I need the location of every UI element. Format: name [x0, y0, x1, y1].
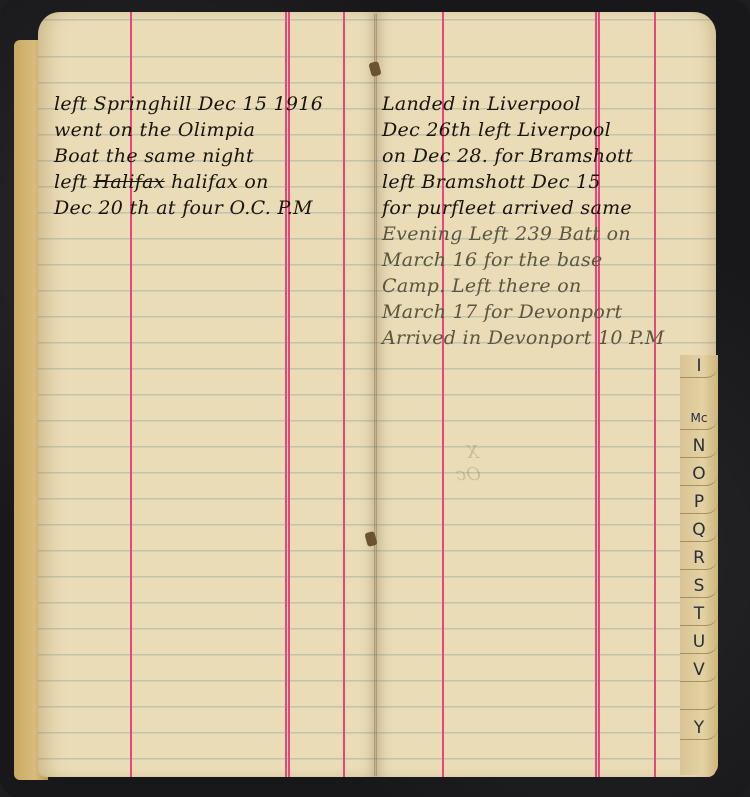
index-tab-o[interactable]: O	[680, 463, 718, 486]
index-tab-y[interactable]: Y	[680, 717, 718, 740]
left-page: left Springhill Dec 15 1916 went on the …	[38, 12, 376, 777]
index-tab-blank[interactable]	[680, 687, 718, 710]
handwritten-word: left	[54, 171, 94, 193]
index-tab-mc[interactable]: Mc	[680, 407, 718, 430]
index-tab-s[interactable]: S	[680, 575, 718, 598]
index-tab-r[interactable]: R	[680, 547, 718, 570]
index-tabs: I Mc N O P Q R S T U V Y	[680, 355, 718, 775]
crossed-out-word: Halifax	[94, 171, 165, 193]
index-tab-v[interactable]: V	[680, 659, 718, 682]
handwritten-line: Evening Left 239 Batt on	[382, 221, 665, 247]
handwritten-line: Camp. Left there on	[382, 273, 665, 299]
index-tab-n[interactable]: N	[680, 435, 718, 458]
index-tab-p[interactable]: P	[680, 491, 718, 514]
book-spine	[374, 14, 377, 776]
index-tab-q[interactable]: Q	[680, 519, 718, 542]
handwritten-line: left Springhill Dec 15 1916	[54, 91, 323, 117]
handwritten-line: March 16 for the base	[382, 247, 665, 273]
index-tab-u[interactable]: U	[680, 631, 718, 654]
margin-rule	[343, 12, 345, 777]
right-page-text-faded: Evening Left 239 Batt on March 16 for th…	[382, 221, 665, 351]
handwritten-line: Dec 20 th at four O.C. P.M	[54, 195, 323, 221]
handwritten-line: went on the Olimpia	[54, 117, 323, 143]
handwritten-line: Arrived in Devonport 10 P.M	[382, 325, 665, 351]
right-page: X Oc Landed in Liverpool Dec 26th left L…	[376, 12, 716, 777]
index-tab-t[interactable]: T	[680, 603, 718, 626]
bleed-through-text: X	[466, 442, 479, 463]
left-page-text: left Springhill Dec 15 1916 went on the …	[54, 91, 323, 221]
handwritten-word: halifax on	[165, 171, 269, 193]
handwritten-line: Landed in Liverpool	[382, 91, 633, 117]
handwritten-line: on Dec 28. for Bramshott	[382, 143, 633, 169]
handwritten-line: left Bramshott Dec 15	[382, 169, 633, 195]
handwritten-line: Boat the same night	[54, 143, 323, 169]
handwritten-line: March 17 for Devonport	[382, 299, 665, 325]
right-page-text-dark: Landed in Liverpool Dec 26th left Liverp…	[382, 91, 633, 221]
handwritten-line: left Halifax halifax on	[54, 169, 323, 195]
handwritten-line: Dec 26th left Liverpool	[382, 117, 633, 143]
handwritten-line: for purfleet arrived same	[382, 195, 633, 221]
bleed-through-text: Oc	[456, 464, 481, 485]
margin-rule	[654, 12, 656, 777]
index-tab-i[interactable]: I	[680, 355, 718, 378]
